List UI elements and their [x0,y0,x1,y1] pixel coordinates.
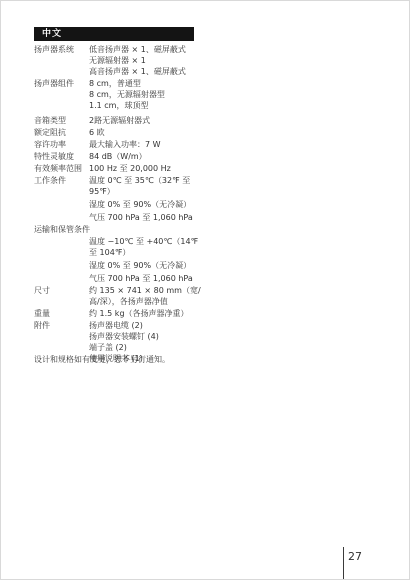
spec-value: 低音扬声器 × 1、磁屏蔽式 [89,44,207,55]
spec-value: 扬声器电缆 (2) [89,320,207,331]
spec-value: 1.1 cm，球顶型 [89,100,207,111]
spec-label: 尺寸 [34,285,89,307]
spec-value: 约 135 × 741 × 80 mm（宽/高/深），各扬声器净值 [89,285,207,307]
spec-value: 8 cm，普通型 [89,78,207,89]
spec-value: 100 Hz 至 20,000 Hz [89,163,207,174]
spec-row: 音箱类型2路无源辐射器式 [34,115,207,126]
spec-value: 84 dB（W/m） [89,151,207,162]
spec-table: 扬声器系统低音扬声器 × 1、磁屏蔽式无源辐射器 × 1高音扬声器 × 1、磁屏… [34,44,207,365]
spec-value-group: 温度 0℃ 至 35℃（32℉ 至 95℉）湿度 0% 至 90%（无冷凝）气压… [89,175,207,223]
spec-label: 扬声器系统 [34,44,89,77]
spec-label: 额定阻抗 [34,127,89,138]
spec-value: 湿度 0% 至 90%（无冷凝） [89,199,207,210]
manual-page: 中文 扬声器系统低音扬声器 × 1、磁屏蔽式无源辐射器 × 1高音扬声器 × 1… [0,0,410,580]
spec-value-group: 2路无源辐射器式 [89,115,207,126]
spec-value: 6 欧 [89,127,207,138]
spec-value-group: 6 欧 [89,127,207,138]
spec-row: 容许功率最大输入功率：7 W [34,139,207,150]
spec-label: 容许功率 [34,139,89,150]
spec-value: 高音扬声器 × 1、磁屏蔽式 [89,66,207,77]
spec-label: 扬声器组件 [34,78,89,111]
spec-value-group: 约 1.5 kg（各扬声器净重） [89,308,207,319]
section-header: 中文 [34,27,194,41]
spec-row: 特性灵敏度84 dB（W/m） [34,151,207,162]
spec-label: 工作条件 [34,175,89,223]
spec-value: 气压 700 hPa 至 1,060 hPa [89,212,207,223]
spec-value: 最大输入功率：7 W [89,139,207,150]
spec-value: 扬声器安装螺钉 (4) [89,331,207,342]
spec-row: 运输和保管条件温度 −10℃ 至 +40℃（14℉ 至 104℉）湿度 0% 至… [34,224,207,284]
spec-value: 温度 0℃ 至 35℃（32℉ 至 95℉） [89,175,207,197]
spec-value-group: 温度 −10℃ 至 +40℃（14℉ 至 104℉）湿度 0% 至 90%（无冷… [89,236,207,284]
spec-value: 端子盖 (2) [89,342,207,353]
page-number-rule [343,547,344,579]
spec-row: 工作条件温度 0℃ 至 35℃（32℉ 至 95℉）湿度 0% 至 90%（无冷… [34,175,207,223]
spec-value: 气压 700 hPa 至 1,060 hPa [89,273,207,284]
section-title: 中文 [42,29,62,39]
spec-value: 8 cm，无源辐射器型 [89,89,207,100]
spec-label: 音箱类型 [34,115,89,126]
spec-row: 有效频率范围100 Hz 至 20,000 Hz [34,163,207,174]
spec-value-group: 8 cm，普通型8 cm，无源辐射器型1.1 cm，球顶型 [89,78,207,111]
spec-label: 特性灵敏度 [34,151,89,162]
spec-value: 温度 −10℃ 至 +40℃（14℉ 至 104℉） [89,236,207,258]
spec-value-group: 84 dB（W/m） [89,151,207,162]
spec-value-group: 低音扬声器 × 1、磁屏蔽式无源辐射器 × 1高音扬声器 × 1、磁屏蔽式 [89,44,207,77]
spec-label: 运输和保管条件 [34,224,207,235]
spec-label: 有效频率范围 [34,163,89,174]
spec-row: 额定阻抗6 欧 [34,127,207,138]
spec-row: 重量约 1.5 kg（各扬声器净重） [34,308,207,319]
change-notice: 设计和规格如有变更，恕不另行通知。 [34,354,214,365]
spec-value: 无源辐射器 × 1 [89,55,207,66]
spec-row: 尺寸约 135 × 741 × 80 mm（宽/高/深），各扬声器净值 [34,285,207,307]
page-number: 27 [348,550,362,563]
spec-value: 湿度 0% 至 90%（无冷凝） [89,260,207,271]
spec-value: 2路无源辐射器式 [89,115,207,126]
spec-value-group: 100 Hz 至 20,000 Hz [89,163,207,174]
spec-label: 重量 [34,308,89,319]
spec-value: 约 1.5 kg（各扬声器净重） [89,308,207,319]
spec-row: 扬声器组件8 cm，普通型8 cm，无源辐射器型1.1 cm，球顶型 [34,78,207,111]
spec-row: 扬声器系统低音扬声器 × 1、磁屏蔽式无源辐射器 × 1高音扬声器 × 1、磁屏… [34,44,207,77]
spec-value-group: 最大输入功率：7 W [89,139,207,150]
spec-value-group: 约 135 × 741 × 80 mm（宽/高/深），各扬声器净值 [89,285,207,307]
